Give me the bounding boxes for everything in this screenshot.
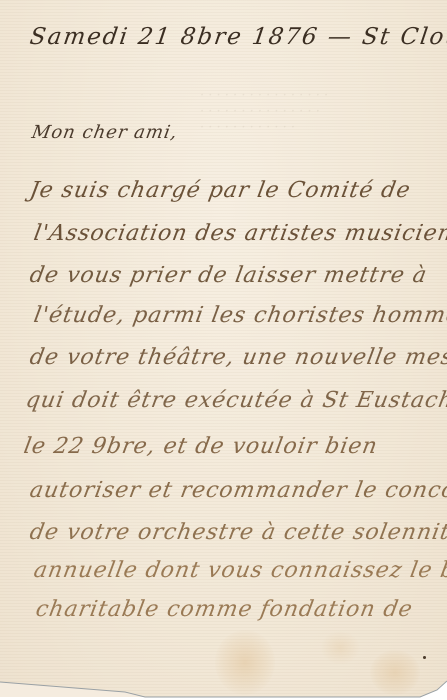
show-through-line: · · · · · · · · · · · · · · · — [200, 104, 420, 120]
letter-page: · · · · · · · · · · · · · · · · · · · · … — [0, 0, 447, 700]
water-stain — [320, 630, 360, 665]
letter-body-line: l'Association des artistes musiciens — [32, 221, 447, 246]
ink-speck — [423, 656, 426, 659]
letter-body-line: autoriser et recommander le concours — [28, 478, 447, 503]
letter-dateline: Samedi 21 8bre 1876 — St Cloud. — [28, 24, 447, 50]
letter-body-line: qui doit être exécutée à St Eustache — [24, 388, 447, 413]
letter-salutation: Mon cher ami, — [30, 122, 179, 143]
letter-body-line: charitable comme fondation de — [34, 597, 415, 622]
letter-body-line: de vous prier de laisser mettre à — [28, 263, 429, 288]
letter-body-line: Je suis chargé par le Comité de — [28, 178, 413, 203]
letter-body-line: annuelle dont vous connaissez le but — [32, 558, 447, 583]
letter-body-line: de votre théâtre, une nouvelle messe — [28, 345, 447, 370]
letter-body-line: le 22 9bre, et de vouloir bien — [22, 434, 380, 459]
show-through-line: · · · · · · · · · · · · — [200, 120, 420, 136]
show-through-line: · · · · · · · · · · · · · · · · — [200, 88, 420, 104]
torn-bottom-edge — [0, 680, 447, 700]
letter-body-line: de votre orchestre à cette solennité — [28, 520, 447, 545]
letter-body-line: l'étude, parmi les choristes hommes — [32, 303, 447, 328]
show-through-text: · · · · · · · · · · · · · · · · · · · · … — [200, 88, 420, 148]
